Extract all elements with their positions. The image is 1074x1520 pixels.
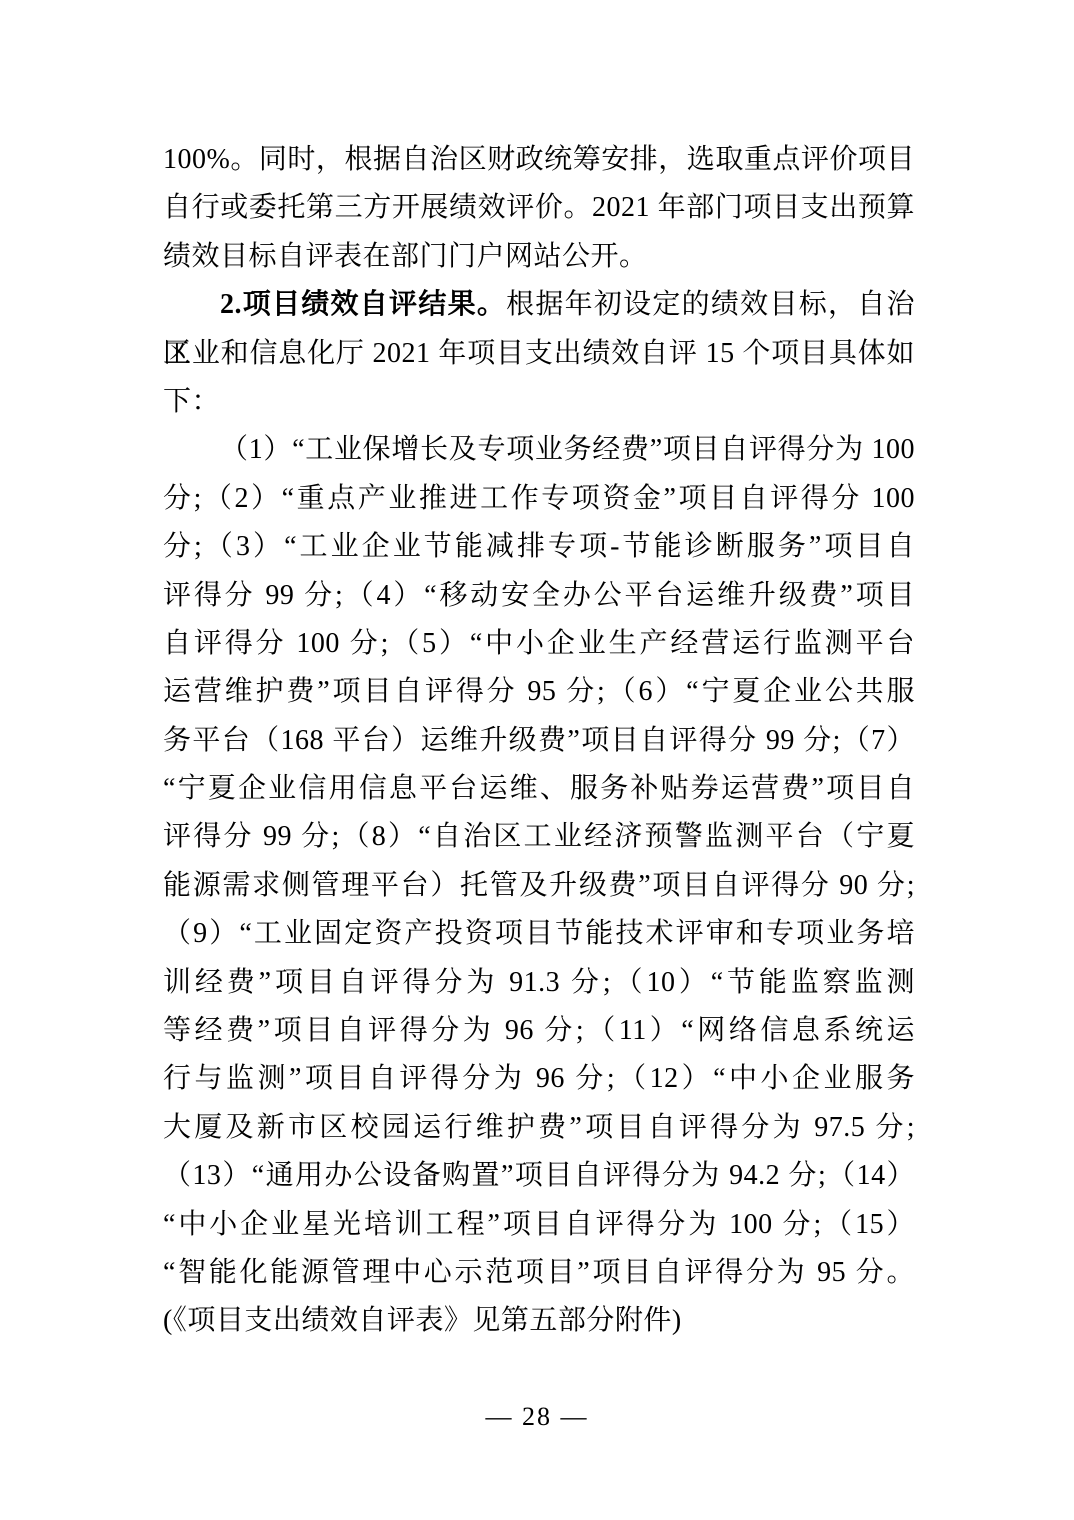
body-text: 分;（2）“重点产业推进工作专项资金”项目自评得分 100 [163,483,915,514]
body-text: “宁夏企业信用信息平台运维、服务补贴券运营费”项目自 [163,773,915,804]
text-line: 评得分 99 分;（4）“移动安全办公平台运维升级费”项目 [163,572,915,620]
body-text: 行与监测”项目自评得分为 96 分;（12）“中小企业服务 [163,1063,915,1094]
text-line: 能源需求侧管理平台）托管及升级费”项目自评得分 90 分; [163,862,915,910]
text-line: 运营维护费”项目自评得分 95 分;（6）“宁夏企业公共服 [163,668,915,716]
body-text: 工业和信息化厅 2021 年项目支出绩效自评 15 个项目具体如 [163,338,915,369]
body-text: （9）“工业固定资产投资项目节能技术评审和专项业务培 [163,918,915,949]
body-text: 大厦及新市区校园运行维护费”项目自评得分为 97.5 分; [163,1112,915,1143]
body-text: 100%。同时，根据自治区财政统筹安排，选取重点评价项目 [163,144,915,175]
body-text: 能源需求侧管理平台）托管及升级费”项目自评得分 90 分; [163,870,915,901]
body-text: 评得分 99 分;（4）“移动安全办公平台运维升级费”项目 [163,580,915,611]
text-line: (《项目支出绩效自评表》见第五部分附件) [163,1297,915,1345]
text-line: （13）“通用办公设备购置”项目自评得分为 94.2 分;（14） [163,1152,915,1200]
body-text: 训经费”项目自评得分为 91.3 分;（10）“节能监察监测 [163,967,915,998]
body-text: （1）“工业保增长及专项业务经费”项目自评得分为 100 [220,434,915,465]
text-block: 100%。同时，根据自治区财政统筹安排，选取重点评价项目自行或委托第三方开展绩效… [163,136,915,1346]
body-text: 绩效目标自评表在部门门户网站公开。 [163,241,648,272]
page-number: — 28 — [0,1402,1074,1432]
text-line: 评得分 99 分;（8）“自治区工业经济预警监测平台（宁夏 [163,813,915,861]
text-line: 自行或委托第三方开展绩效评价。2021 年部门项目支出预算 [163,184,915,232]
body-text: 自评得分 100 分;（5）“中小企业生产经营运行监测平台 [163,628,915,659]
body-text: 分;（3）“工业企业节能减排专项-节能诊断服务”项目自 [163,531,915,562]
text-line: “智能化能源管理中心示范项目”项目自评得分为 95 分。 [163,1249,915,1297]
text-line: 100%。同时，根据自治区财政统筹安排，选取重点评价项目 [163,136,915,184]
text-line: 大厦及新市区校园运行维护费”项目自评得分为 97.5 分; [163,1104,915,1152]
text-line: （1）“工业保增长及专项业务经费”项目自评得分为 100 [163,426,915,474]
text-line: （9）“工业固定资产投资项目节能技术评审和专项业务培 [163,910,915,958]
text-line: 分;（3）“工业企业节能减排专项-节能诊断服务”项目自 [163,523,915,571]
text-line: 绩效目标自评表在部门门户网站公开。 [163,233,915,281]
text-line: 训经费”项目自评得分为 91.3 分;（10）“节能监察监测 [163,959,915,1007]
text-line: 自评得分 100 分;（5）“中小企业生产经营运行监测平台 [163,620,915,668]
body-text: (《项目支出绩效自评表》见第五部分附件) [163,1305,682,1336]
text-line: 工业和信息化厅 2021 年项目支出绩效自评 15 个项目具体如 [163,330,915,378]
body-text: “智能化能源管理中心示范项目”项目自评得分为 95 分。 [163,1257,915,1288]
body-text: 等经费”项目自评得分为 96 分;（11）“网络信息系统运 [163,1015,915,1046]
text-line: 等经费”项目自评得分为 96 分;（11）“网络信息系统运 [163,1007,915,1055]
body-text: 务平台（168 平台）运维升级费”项目自评得分 99 分;（7） [163,725,915,756]
text-line: 2.项目绩效自评结果。根据年初设定的绩效目标，自治区 [163,281,915,329]
text-line: 下： [163,378,915,426]
text-line: 行与监测”项目自评得分为 96 分;（12）“中小企业服务 [163,1055,915,1103]
body-text: 下： [163,386,220,417]
text-line: 务平台（168 平台）运维升级费”项目自评得分 99 分;（7） [163,717,915,765]
text-line: “宁夏企业信用信息平台运维、服务补贴券运营费”项目自 [163,765,915,813]
body-text: 运营维护费”项目自评得分 95 分;（6）“宁夏企业公共服 [163,676,915,707]
document-page: 100%。同时，根据自治区财政统筹安排，选取重点评价项目自行或委托第三方开展绩效… [0,0,1074,1520]
text-line: 分;（2）“重点产业推进工作专项资金”项目自评得分 100 [163,475,915,523]
body-text: 评得分 99 分;（8）“自治区工业经济预警监测平台（宁夏 [163,821,915,852]
body-text: （13）“通用办公设备购置”项目自评得分为 94.2 分;（14） [163,1160,915,1191]
body-text: 自行或委托第三方开展绩效评价。2021 年部门项目支出预算 [163,192,915,223]
body-text: “中小企业星光培训工程”项目自评得分为 100 分;（15） [163,1209,915,1240]
bold-heading-text: 2.项目绩效自评结果。 [220,289,506,320]
text-line: “中小企业星光培训工程”项目自评得分为 100 分;（15） [163,1201,915,1249]
